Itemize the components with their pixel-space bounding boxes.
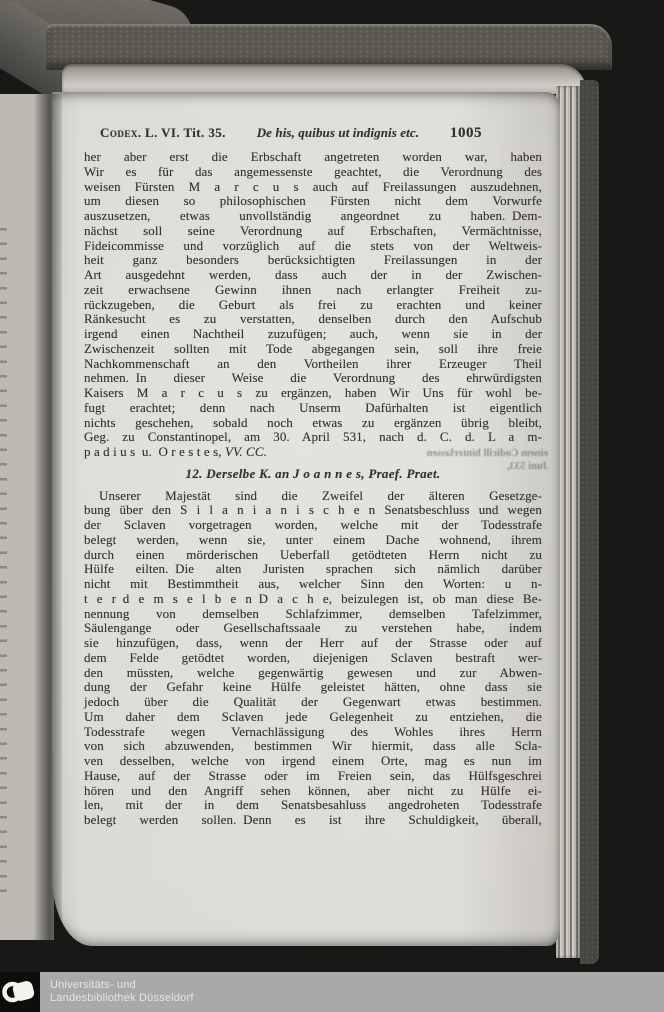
show-through-line: Juni 533, xyxy=(398,460,548,473)
text-line: dung der Gefahr keine Hülfe geleistet hä… xyxy=(84,680,542,695)
text-line: von sich abzuwenden, bestimmen Wir hierm… xyxy=(84,739,542,754)
text-line: Art ausgedehnt werden, dass auch der in … xyxy=(84,268,542,283)
text-line: Unserer Majestät sind die Zweifel der äl… xyxy=(84,489,542,504)
page-content: Codex. L. VI. Tit. 35. De his, quibus ut… xyxy=(84,124,542,828)
show-through-line: einem Codicill hinterlassen xyxy=(398,447,548,460)
gutter-shadow xyxy=(34,94,62,940)
text-line: nehmen. In dieser Weise die Verordnung d… xyxy=(84,371,542,386)
paragraph-2: Unserer Majestät sind die Zweifel der äl… xyxy=(84,489,542,828)
text-line: Hause, auf der Strasse oder im Freien se… xyxy=(84,769,542,784)
text-line: nennung von demselben Schlafzimmer, dems… xyxy=(84,607,542,622)
last-line-text: p a d i u s u. O r e s t e s, xyxy=(84,444,225,459)
verso-show-through-text: einem Codicill hinterlassenJuni 533, xyxy=(398,447,548,473)
text-line: Todesstrafe wegen Vernachlässigung des W… xyxy=(84,725,542,740)
library-jug-logo-icon xyxy=(0,972,40,1012)
paragraph-1: her aber erst die Erbschaft angetreten w… xyxy=(84,150,542,445)
text-line: Fideicommisse und vorzüglich auf die ste… xyxy=(84,239,542,254)
text-line: ven desselben, welche von irgend einem O… xyxy=(84,754,542,769)
header-chapter-title: De his, quibus ut indignis etc. xyxy=(257,124,419,141)
text-line: belegt werden sollen. Denn es ist ihre S… xyxy=(84,813,542,828)
ulb-duesseldorf-logo-icon xyxy=(0,972,40,1012)
running-header: Codex. L. VI. Tit. 35. De his, quibus ut… xyxy=(84,124,482,142)
text-line: fugt erachtet; denn nach Unserm Dafürhal… xyxy=(84,401,542,416)
text-line: zeit erwachsene Gewinn ihnen nach erlang… xyxy=(84,283,542,298)
text-line: nächst soll seine Verordnung auf Erbscha… xyxy=(84,224,542,239)
text-line: her aber erst die Erbschaft angetreten w… xyxy=(84,150,542,165)
text-line: Ränkesucht es zu verstatten, denselben d… xyxy=(84,312,542,327)
text-line: durch einen mörderischen Ueberfall getöd… xyxy=(84,548,542,563)
text-line: Zwischenzeit sollten mit Tode abgegangen… xyxy=(84,342,542,357)
text-line: belegt werden, wenn sie, unter einem Dac… xyxy=(84,533,542,548)
library-watermark-bar: Universitäts- und Landesbibliothek Düsse… xyxy=(0,972,664,1012)
text-line: nicht mit Bestimmtheit aus, welcher Sinn… xyxy=(84,577,542,592)
text-line: Hülfe eilten. Die alten Juristen sprache… xyxy=(84,562,542,577)
text-line: Kaisers M a r c u s zu ergänzen, haben W… xyxy=(84,386,542,401)
text-line: bung über den S i l a n i a n i s c h e … xyxy=(84,503,542,518)
text-line: den müssten, welche gegenwärtig gewesen … xyxy=(84,666,542,681)
page-block-top-edge xyxy=(62,64,586,94)
text-line: nichts geschehen, sobald noch etwas zu e… xyxy=(84,416,542,431)
header-work-title: Codex. xyxy=(100,125,142,140)
text-line: irgend einen Nachtheil zuzufügen; auch, … xyxy=(84,327,542,342)
text-line: heit ganz besonders berücksichtigten Fre… xyxy=(84,253,542,268)
vv-cc-abbreviation: VV. CC. xyxy=(225,444,267,459)
text-line: jedoch über die Qualität der Gegenwart e… xyxy=(84,695,542,710)
header-citation: L. VI. Tit. 35. xyxy=(145,125,226,140)
header-citation-group: Codex. L. VI. Tit. 35. xyxy=(100,124,226,141)
text-line: hören und den Angriff sehen können, aber… xyxy=(84,784,542,799)
text-line: um diesen so philosophischen Fürsten nic… xyxy=(84,194,542,209)
text-line: weisen Fürsten M a r c u s auch auf Frei… xyxy=(84,180,542,195)
text-line: Säulengange oder Gesellschaftssaale zu v… xyxy=(84,621,542,636)
facing-page-text-fragments xyxy=(0,220,7,900)
text-line: der Sclaven vorgetragen worden, welche m… xyxy=(84,518,542,533)
text-line: Um daher dem Sclaven jede Gelegenheit zu… xyxy=(84,710,542,725)
text-line: dem Felde getödtet worden, diejenigen Sc… xyxy=(84,651,542,666)
text-line: Nachkommenschaft an den Vortheilen ihrer… xyxy=(84,357,542,372)
text-line: Geg. zu Constantinopel, am 30. April 531… xyxy=(84,430,542,445)
text-line: auszusetzen, etwas unvollständig angeord… xyxy=(84,209,542,224)
text-line: rückzugeben, die Geburt als frei zu erac… xyxy=(84,298,542,313)
text-line: t e r d e m s e l b e n D a c h e, beizu… xyxy=(84,592,542,607)
library-name-line2: Landesbibliothek Düsseldorf xyxy=(50,992,194,1006)
text-line: len, mit der in dem Senatsbesahluss ange… xyxy=(84,798,542,813)
book-scan: Codex. L. VI. Tit. 35. De his, quibus ut… xyxy=(0,0,664,1012)
page-number: 1005 xyxy=(450,125,482,142)
library-name-line1: Universitäts- und xyxy=(50,979,194,993)
text-line: Wir es für das angemessenste geachtet, d… xyxy=(84,165,542,180)
book-cover-right-edge xyxy=(580,80,599,964)
text-line: sie hinzufügen, dass, wenn der Herr auf … xyxy=(84,636,542,651)
library-name: Universitäts- und Landesbibliothek Düsse… xyxy=(50,979,194,1006)
